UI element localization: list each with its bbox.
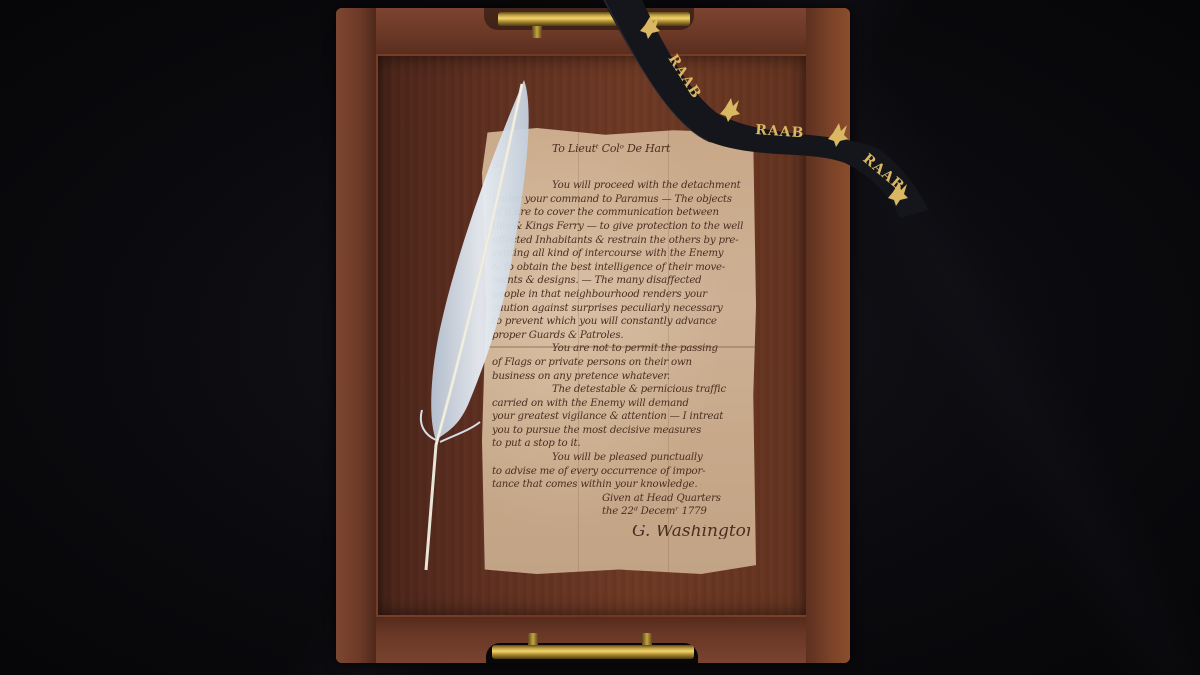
brass-handle-bottom [492, 645, 694, 659]
handle-post [532, 24, 542, 38]
tray-rim-left [336, 8, 376, 663]
ribbon-brand-text: RAAB [755, 122, 805, 141]
quill-feather-icon [400, 70, 550, 580]
raab-ribbon: RAAB RAAB RAAB [590, 0, 940, 220]
